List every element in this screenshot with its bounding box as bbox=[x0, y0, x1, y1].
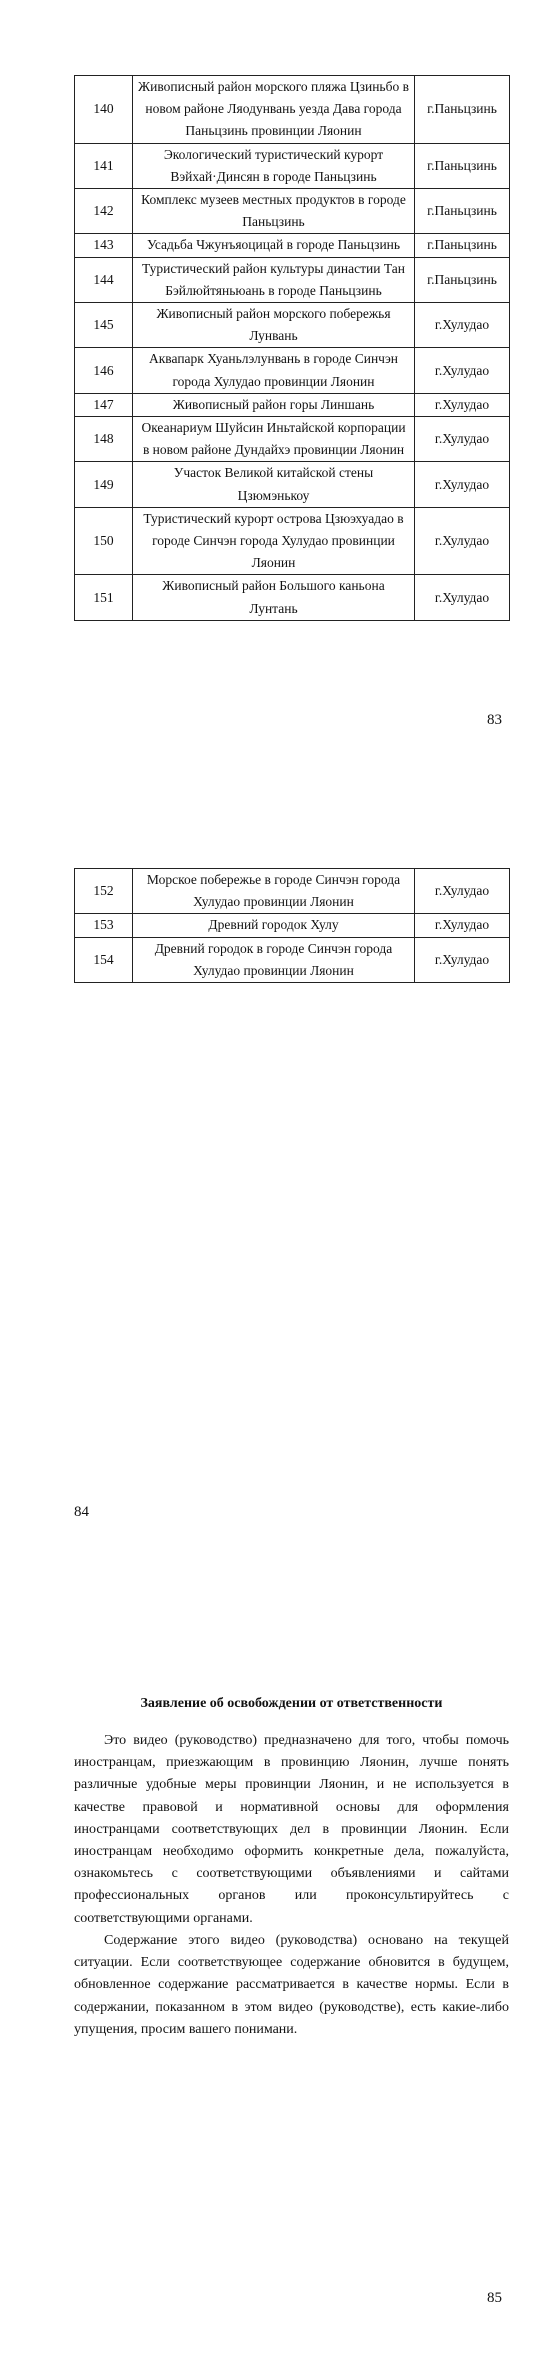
table-row: 144Туристический район культуры династии… bbox=[75, 257, 510, 302]
disclaimer-title: Заявление об освобождении от ответственн… bbox=[74, 1694, 509, 1714]
row-number: 150 bbox=[75, 507, 133, 575]
attraction-name: Усадьба Чжунъяоцицай в городе Паньцзинь bbox=[133, 234, 415, 257]
attraction-name: Древний городок Хулу bbox=[133, 914, 415, 937]
table-row: 143Усадьба Чжунъяоцицай в городе Паньцзи… bbox=[75, 234, 510, 257]
city-name: г.Хулудао bbox=[415, 507, 510, 575]
table-row: 151Живописный район Большого каньона Лун… bbox=[75, 575, 510, 620]
row-number: 149 bbox=[75, 462, 133, 507]
attractions-table-next-page: 152Морское побережье в городе Синчэн гор… bbox=[74, 868, 510, 983]
city-name: г.Паньцзинь bbox=[415, 234, 510, 257]
attractions-table-continued: 140Живописный район морского пляжа Цзинь… bbox=[74, 75, 510, 621]
city-name: г.Хулудао bbox=[415, 348, 510, 393]
row-number: 146 bbox=[75, 348, 133, 393]
attraction-name: Туристический курорт острова Цзюэхуадао … bbox=[133, 507, 415, 575]
row-number: 142 bbox=[75, 189, 133, 234]
table-row: 154Древний городок в городе Синчэн город… bbox=[75, 937, 510, 982]
attraction-name: Экологический туристический курорт Вэйха… bbox=[133, 143, 415, 188]
attraction-name: Древний городок в городе Синчэн города Х… bbox=[133, 937, 415, 982]
row-number: 152 bbox=[75, 869, 133, 914]
city-name: г.Хулудао bbox=[415, 869, 510, 914]
attraction-name: Комплекс музеев местных продуктов в горо… bbox=[133, 189, 415, 234]
attraction-name: Живописный район морского пляжа Цзиньбо … bbox=[133, 76, 415, 144]
table-row: 141Экологический туристический курорт Вэ… bbox=[75, 143, 510, 188]
table-row: 146Аквапарк Хуаньлэлунвань в городе Синч… bbox=[75, 348, 510, 393]
attraction-name: Аквапарк Хуаньлэлунвань в городе Синчэн … bbox=[133, 348, 415, 393]
city-name: г.Хулудао bbox=[415, 393, 510, 416]
table-row: 149Участок Великой китайской стены Цзюмэ… bbox=[75, 462, 510, 507]
city-name: г.Паньцзинь bbox=[415, 143, 510, 188]
city-name: г.Хулудао bbox=[415, 462, 510, 507]
row-number: 154 bbox=[75, 937, 133, 982]
table-row: 145Живописный район морского побережья Л… bbox=[75, 303, 510, 348]
city-name: г.Паньцзинь bbox=[415, 257, 510, 302]
attraction-name: Туристический район культуры династии Та… bbox=[133, 257, 415, 302]
attraction-name: Морское побережье в городе Синчэн города… bbox=[133, 869, 415, 914]
attraction-name: Живописный район горы Линшань bbox=[133, 393, 415, 416]
page-number: 85 bbox=[487, 2289, 502, 2307]
table-row: 147Живописный район горы Линшаньг.Хулуда… bbox=[75, 393, 510, 416]
row-number: 148 bbox=[75, 417, 133, 462]
table-row: 152Морское побережье в городе Синчэн гор… bbox=[75, 869, 510, 914]
table-row: 153Древний городок Хулуг.Хулудао bbox=[75, 914, 510, 937]
page-number: 83 bbox=[487, 711, 502, 729]
attraction-name: Живописный район морского побережья Лунв… bbox=[133, 303, 415, 348]
city-name: г.Хулудао bbox=[415, 417, 510, 462]
attraction-name: Живописный район Большого каньона Лунтан… bbox=[133, 575, 415, 620]
row-number: 145 bbox=[75, 303, 133, 348]
city-name: г.Хулудао bbox=[415, 303, 510, 348]
city-name: г.Хулудао bbox=[415, 575, 510, 620]
city-name: г.Хулудао bbox=[415, 914, 510, 937]
attraction-name: Океанариум Шуйсин Иньтайской корпорации … bbox=[133, 417, 415, 462]
table-row: 140Живописный район морского пляжа Цзинь… bbox=[75, 76, 510, 144]
attraction-name: Участок Великой китайской стены Цзюмэньк… bbox=[133, 462, 415, 507]
row-number: 140 bbox=[75, 76, 133, 144]
disclaimer-paragraph: Содержание этого видео (руководства) осн… bbox=[74, 1930, 509, 2041]
row-number: 144 bbox=[75, 257, 133, 302]
city-name: г.Хулудао bbox=[415, 937, 510, 982]
row-number: 141 bbox=[75, 143, 133, 188]
table-row: 142Комплекс музеев местных продуктов в г… bbox=[75, 189, 510, 234]
city-name: г.Паньцзинь bbox=[415, 189, 510, 234]
row-number: 143 bbox=[75, 234, 133, 257]
page-number: 84 bbox=[74, 1503, 89, 1521]
row-number: 151 bbox=[75, 575, 133, 620]
table-row: 150Туристический курорт острова Цзюэхуад… bbox=[75, 507, 510, 575]
row-number: 147 bbox=[75, 393, 133, 416]
city-name: г.Паньцзинь bbox=[415, 76, 510, 144]
disclaimer-paragraph: Это видео (руководство) предназначено дл… bbox=[74, 1730, 509, 1930]
row-number: 153 bbox=[75, 914, 133, 937]
table-row: 148Океанариум Шуйсин Иньтайской корпорац… bbox=[75, 417, 510, 462]
